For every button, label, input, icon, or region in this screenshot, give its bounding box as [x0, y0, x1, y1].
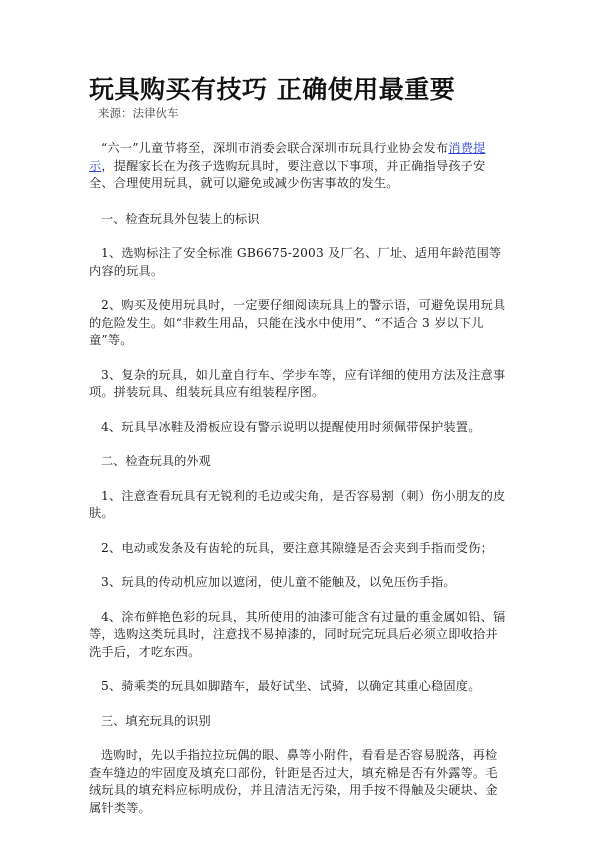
- intro-text-before: “六一”儿童节将至，深圳市消委会联合深圳市玩具行业协会发布: [101, 141, 448, 155]
- document-page: 玩具购买有技巧 正确使用最重要 来源：法律伙车 “六一”儿童节将至，深圳市消委会…: [89, 74, 507, 817]
- intro-text-after: ，提醒家长在为孩子选购玩具时，要注意以下事项，并正确指导孩子安全、合理使用玩具，…: [89, 159, 485, 191]
- section-heading-2: 二、检查玩具的外观: [89, 453, 507, 471]
- section-1-item-4: 4、玩具旱冰鞋及滑板应设有警示说明以提醒使用时须佩带保护装置。: [89, 419, 507, 437]
- section-3-item-1: 选购时，先以手指拉拉玩偶的眼、鼻等小附件，看看是否容易脱落，再检查车缝边的牢固度…: [89, 747, 507, 817]
- section-1-item-3: 3、复杂的玩具，如儿童自行车、学步车等，应有详细的使用方法及注意事项。拼装玩具、…: [89, 367, 507, 402]
- section-2-item-3: 3、玩具的传动机应加以遮闭，使儿童不能触及，以免压伤手指。: [89, 574, 507, 592]
- section-1-item-1: 1、选购标注了安全标准 GB6675-2003 及厂名、厂址、适用年龄范围等内容…: [89, 245, 507, 280]
- section-2-item-4: 4、涂布鲜艳色彩的玩具，其所使用的油漆可能含有过量的重金属如铅、镉等，选购这类玩…: [89, 609, 507, 662]
- section-2-item-2: 2、电动或发条及有齿轮的玩具，要注意其隙缝是否会夹到手指而受伤；: [89, 540, 507, 558]
- page-title: 玩具购买有技巧 正确使用最重要: [89, 74, 507, 106]
- section-1-item-2: 2、购买及使用玩具时，一定要仔细阅读玩具上的警示语，可避免误用玩具的危险发生。如…: [89, 297, 507, 350]
- section-heading-1: 一、检查玩具外包装上的标识: [89, 211, 507, 229]
- section-2-item-1: 1、注意查看玩具有无锐利的毛边或尖角，是否容易割（刺）伤小朋友的皮肤。: [89, 488, 507, 523]
- section-2-item-5: 5、骑乘类的玩具如脚踏车，最好试坐、试骑，以确定其重心稳固度。: [89, 678, 507, 696]
- intro-paragraph: “六一”儿童节将至，深圳市消委会联合深圳市玩具行业协会发布消费提示，提醒家长在为…: [89, 140, 507, 193]
- section-heading-3: 三、填充玩具的识别: [89, 713, 507, 731]
- source-line: 来源：法律伙车: [98, 106, 507, 121]
